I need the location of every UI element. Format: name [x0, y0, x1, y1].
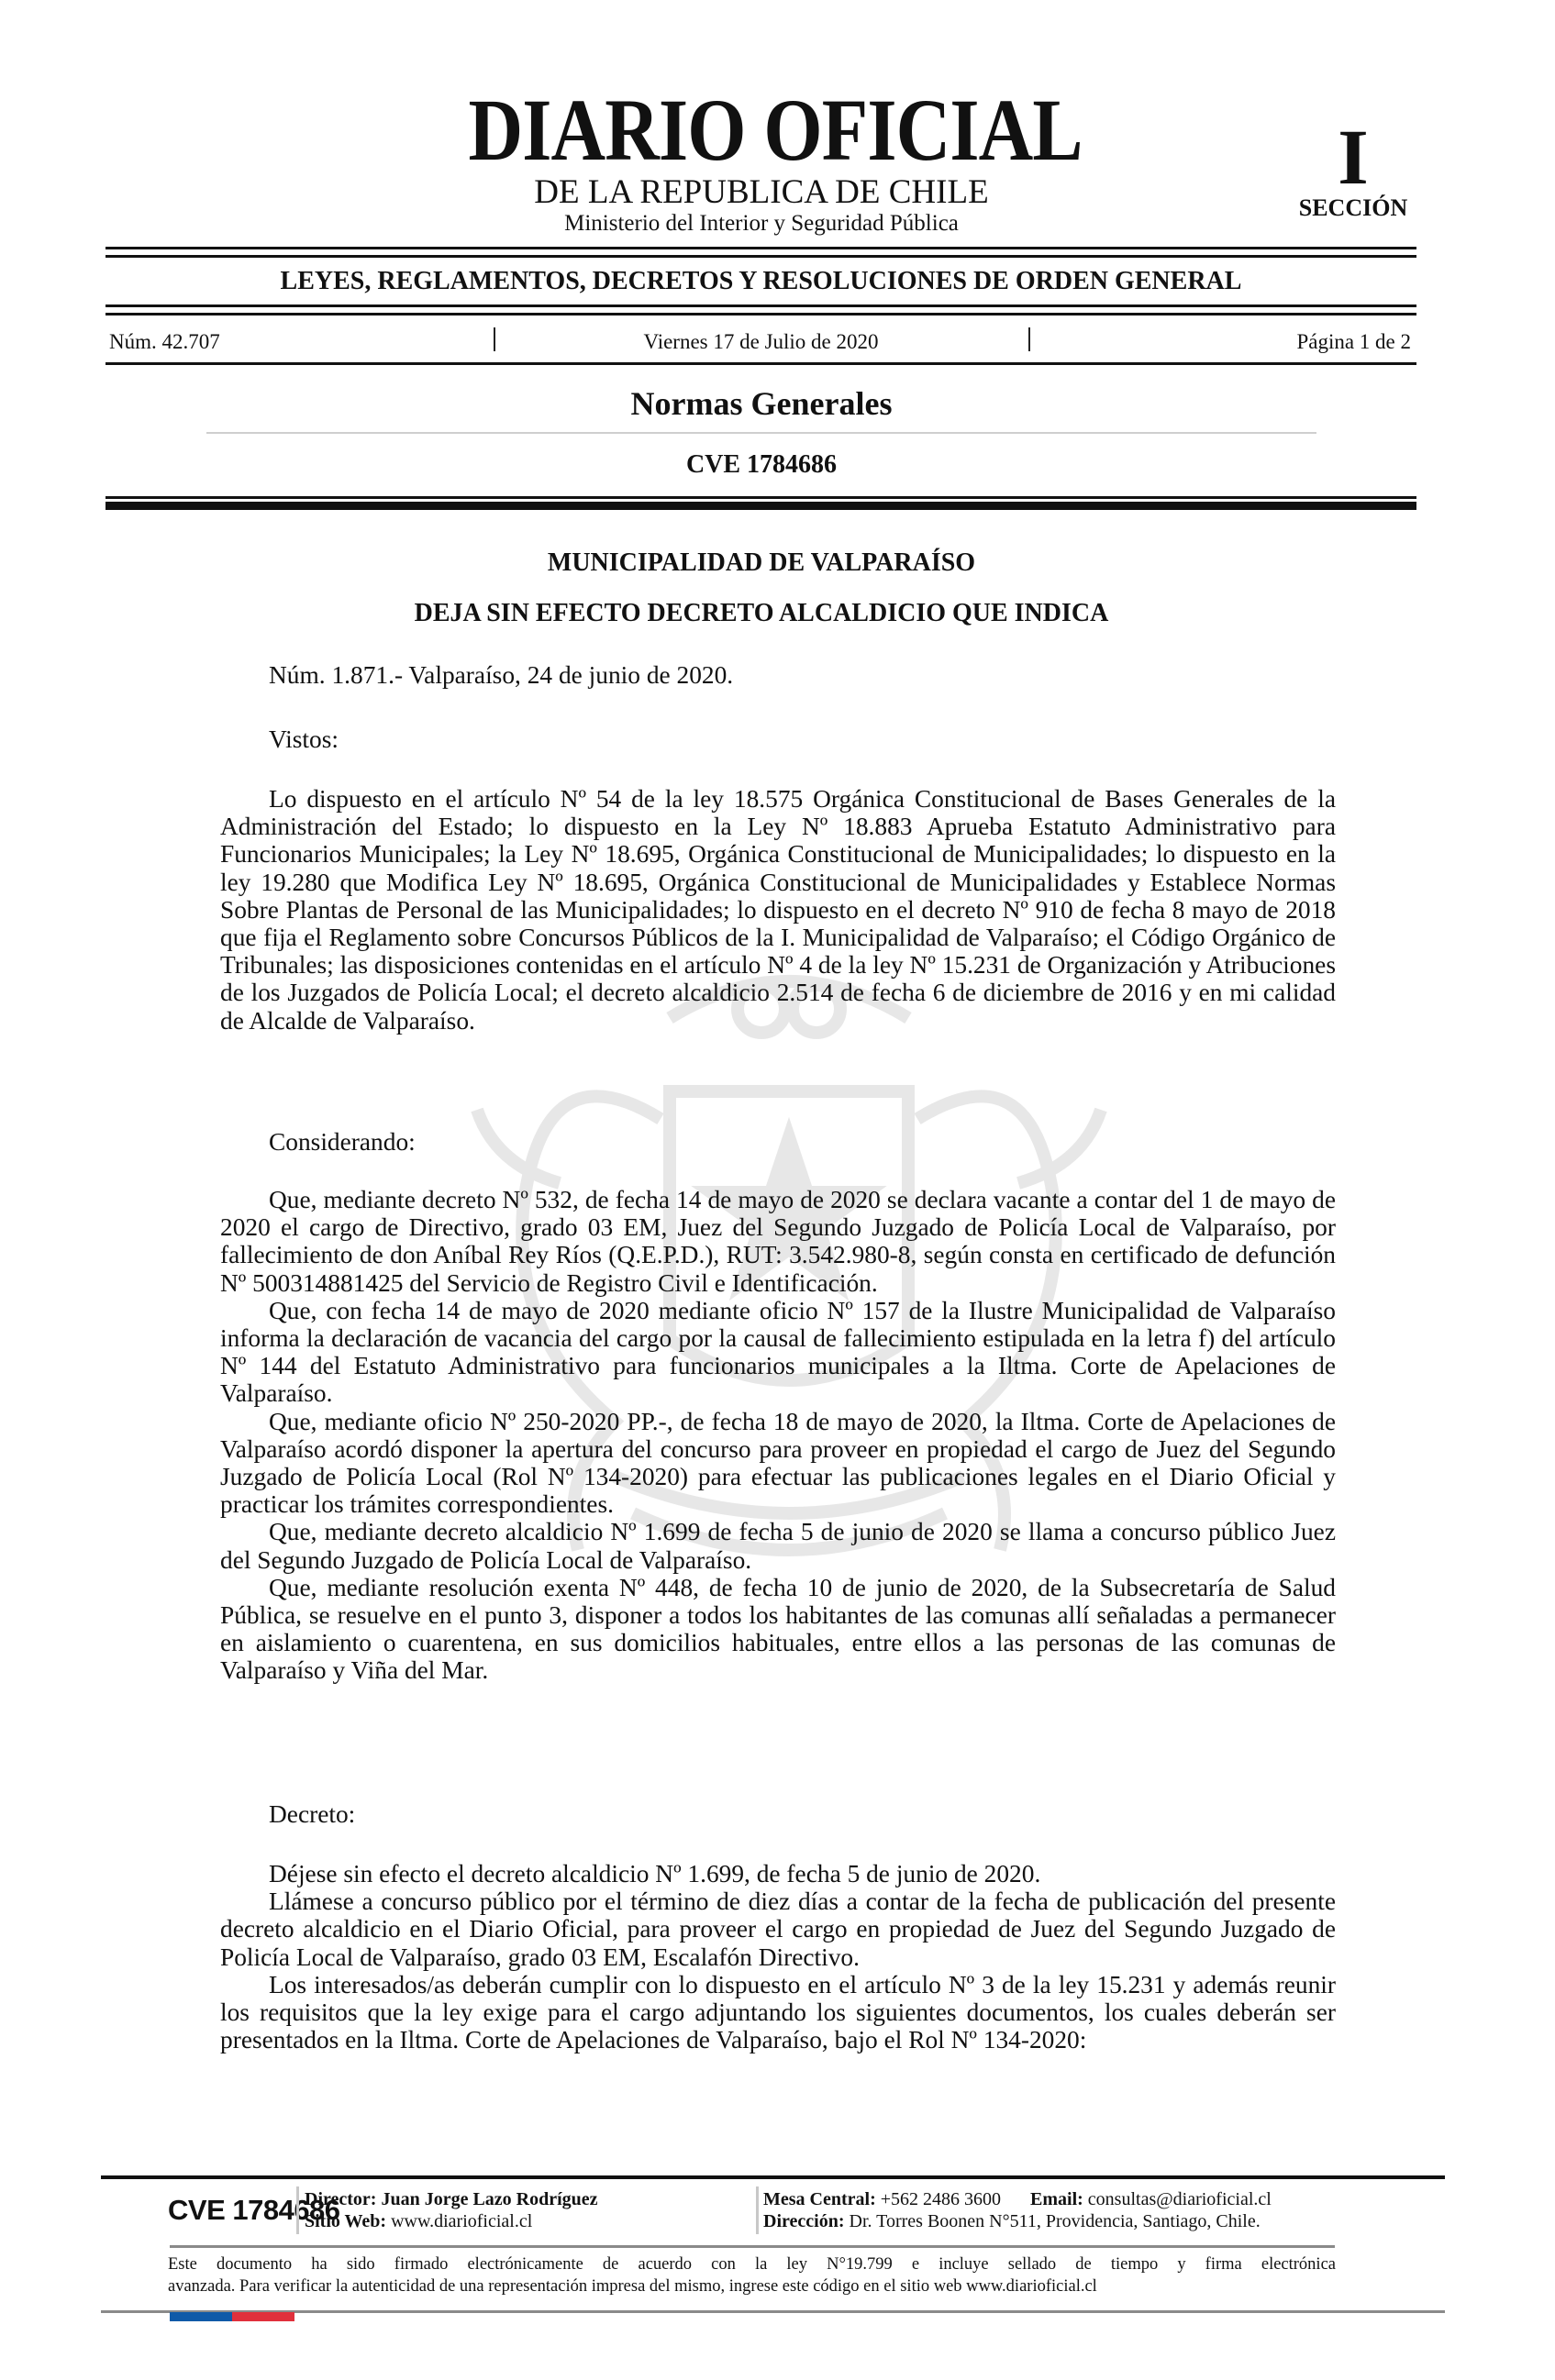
phone-number: +562 2486 3600 [881, 2189, 1001, 2209]
divider [106, 313, 1416, 315]
divider [106, 362, 1416, 365]
vistos-section: Lo dispuesto en el artículo Nº 54 de la … [220, 785, 1336, 1035]
divider [106, 255, 1416, 258]
address: Dr. Torres Boonen N°511, Providencia, Sa… [850, 2211, 1261, 2231]
paragraph: Lo dispuesto en el artículo Nº 54 de la … [220, 785, 1336, 1035]
flag-stripe-blue [170, 2312, 232, 2321]
decreto-label: Decreto: [269, 1800, 355, 1828]
separator [1028, 327, 1030, 351]
paragraph: Que, mediante decreto Nº 532, de fecha 1… [220, 1186, 1336, 1297]
paragraph: Los interesados/as deberán cumplir con l… [220, 1971, 1336, 2054]
paragraph: Que, mediante oficio Nº 250-2020 PP.-, d… [220, 1408, 1336, 1519]
website-link[interactable]: www.diarioficial.cl [391, 2211, 532, 2231]
footer-contact-info: Mesa Central: +562 2486 3600Email: consu… [763, 2188, 1272, 2232]
paragraph: Déjese sin efecto el decreto alcaldicio … [220, 1860, 1336, 1887]
cve-code: CVE 1784686 [0, 449, 1523, 481]
divider [106, 496, 1416, 499]
footer-divider [101, 2175, 1445, 2179]
organization-title: MUNICIPALIDAD DE VALPARAÍSO [0, 548, 1523, 579]
website-label: Sitio Web: [305, 2211, 386, 2231]
divider [206, 432, 1316, 434]
section-banner: LEYES, REGLAMENTOS, DECRETOS Y RESOLUCIO… [106, 266, 1416, 297]
address-label: Dirección: [763, 2211, 845, 2231]
email-link[interactable]: consultas@diarioficial.cl [1088, 2189, 1272, 2209]
issue-date: Viernes 17 de Julio de 2020 [106, 326, 1416, 359]
page-indicator: Página 1 de 2 [1296, 326, 1411, 359]
footer-divider [101, 2310, 1445, 2313]
legal-line-2: avanzada. Para verificar la autenticidad… [168, 2277, 1097, 2296]
issue-meta-row: Núm. 42.707 Viernes 17 de Julio de 2020 … [106, 326, 1416, 359]
divider [106, 502, 1416, 510]
section-label: SECCIÓN [1284, 194, 1422, 222]
phone-label: Mesa Central: [763, 2189, 876, 2209]
director-name: Juan Jorge Lazo Rodríguez [381, 2189, 597, 2209]
footer-legal-notice: Este documento ha sido firmado electróni… [168, 2253, 1336, 2297]
legal-line-1: Este documento ha sido firmado electróni… [168, 2253, 1336, 2275]
separator [756, 2186, 759, 2234]
director-label: Director: [305, 2189, 376, 2209]
vistos-label: Vistos: [269, 725, 339, 753]
paragraph: Llámese a concurso público por el términ… [220, 1887, 1336, 1971]
category-heading: Normas Generales [0, 383, 1523, 424]
footer-publisher-info: Director: Juan Jorge Lazo Rodríguez Siti… [305, 2188, 598, 2232]
decree-number-line: Núm. 1.871.- Valparaíso, 24 de junio de … [269, 661, 733, 689]
footer-divider [170, 2245, 1335, 2248]
paragraph: Que, mediante decreto alcaldicio Nº 1.69… [220, 1518, 1336, 1573]
section-number: I [1284, 117, 1422, 196]
considerando-section: Que, mediante decreto Nº 532, de fecha 1… [220, 1186, 1336, 1685]
decreto-section: Déjese sin efecto el decreto alcaldicio … [220, 1860, 1336, 2053]
paragraph: Que, mediante resolución exenta Nº 448, … [220, 1574, 1336, 1685]
divider [106, 247, 1416, 249]
masthead-title: DIARIO OFICIAL [106, 84, 1444, 176]
considerando-label: Considerando: [269, 1128, 416, 1156]
email-label: Email: [1030, 2189, 1083, 2209]
document-title: DEJA SIN EFECTO DECRETO ALCALDICIO QUE I… [0, 598, 1523, 629]
flag-stripe-red [232, 2312, 294, 2321]
separator [296, 2186, 299, 2234]
paragraph: Que, con fecha 14 de mayo de 2020 median… [220, 1297, 1336, 1408]
divider [106, 304, 1416, 307]
